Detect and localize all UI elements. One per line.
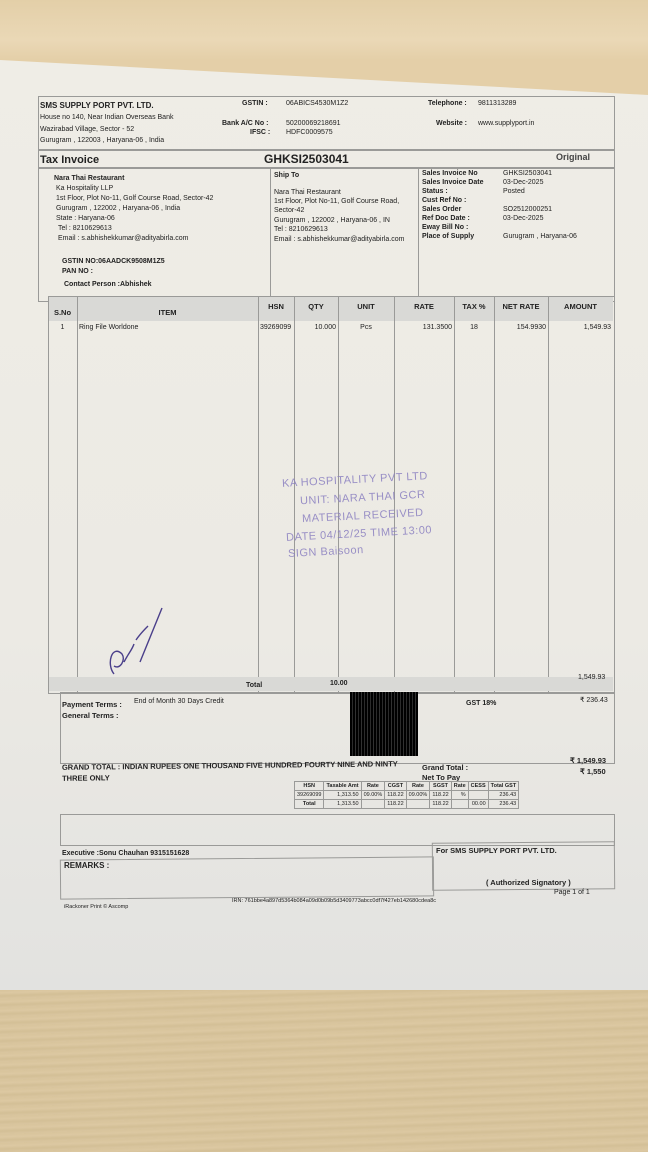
meta-value: Gurugram , Haryana-06 bbox=[503, 233, 577, 240]
column-header: QTY bbox=[294, 302, 338, 311]
gst-total-sgst: 118.22 bbox=[430, 800, 451, 809]
gst-sgst: 118.22 bbox=[430, 791, 451, 800]
gst-total: 236.43 bbox=[488, 791, 519, 800]
irn: IRN: 761bbe4a897d5364b084a09d0b09b5d3409… bbox=[232, 898, 436, 904]
seller-ifsc: HDFC0009575 bbox=[286, 129, 333, 136]
seller-address-1: House no 140, Near Indian Overseas Bank bbox=[40, 114, 173, 121]
grand-total-label: Grand Total : bbox=[422, 763, 468, 772]
seller-address-3: Gurugram , 122003 , Haryana-06 , India bbox=[40, 137, 164, 144]
meta-value: Posted bbox=[503, 188, 525, 195]
gst-column-header: SGST bbox=[430, 782, 451, 791]
seller-name: SMS SUPPLY PORT PVT. LTD. bbox=[40, 101, 154, 110]
bill-to-line: Tel : 8210629613 bbox=[58, 225, 112, 232]
meta-value: SO2512000251 bbox=[503, 206, 552, 213]
gst-total-cgst: 118.22 bbox=[385, 800, 406, 809]
remarks-box bbox=[60, 856, 434, 899]
gst-column-header: Total GST bbox=[488, 782, 519, 791]
gst-column-header: Rate bbox=[451, 782, 468, 791]
gst-breakup-table: HSNTaxable AmtRateCGSTRateSGSTRateCESSTo… bbox=[294, 781, 519, 809]
general-terms-label: General Terms : bbox=[62, 711, 119, 720]
gst-cess bbox=[468, 791, 488, 800]
column-header: RATE bbox=[394, 302, 454, 311]
desk-surface bbox=[0, 990, 648, 1152]
item-cell-net_rate: 154.9930 bbox=[496, 324, 546, 331]
ship-to-line: Tel : 8210629613 bbox=[274, 226, 328, 233]
amount-in-words: GRAND TOTAL : INDIAN RUPEES ONE THOUSAND… bbox=[62, 758, 412, 784]
bill-to-line: State : Haryana-06 bbox=[56, 215, 115, 222]
items-total-amount: 1,549.93 bbox=[578, 674, 605, 681]
gst-cgst-rate: 09.00% bbox=[361, 791, 385, 800]
gst-amount: ₹ 236.43 bbox=[580, 696, 608, 704]
payment-terms-label: Payment Terms : bbox=[62, 700, 122, 709]
gstin-label: GSTIN : bbox=[242, 100, 268, 107]
bill-to-line: Ka Hospitality LLP bbox=[56, 185, 113, 192]
gst-hsn: 39269099 bbox=[295, 791, 324, 800]
column-header: S.No bbox=[48, 308, 77, 317]
seller-gstin: 06ABICS4530M1Z2 bbox=[286, 100, 348, 107]
ship-to-label: Ship To bbox=[274, 172, 299, 179]
column-header: UNIT bbox=[338, 302, 394, 311]
ifsc-label: IFSC : bbox=[250, 129, 270, 136]
item-cell-hsn: 39269099 bbox=[260, 324, 292, 331]
gst-column-header: Taxable Amt bbox=[324, 782, 361, 791]
bill-to-pan: PAN NO : bbox=[62, 268, 93, 275]
seller-address-2: Wazirabad Village, Sector - 52 bbox=[40, 126, 134, 133]
website-label: Website : bbox=[436, 120, 467, 127]
payment-terms: End of Month 30 Days Credit bbox=[134, 698, 224, 705]
grand-total: ₹ 1,549.93 bbox=[570, 756, 606, 765]
meta-label: Sales Invoice Date bbox=[422, 179, 483, 186]
item-cell-rate: 131.3500 bbox=[396, 324, 452, 331]
meta-label: Cust Ref No : bbox=[422, 197, 466, 204]
remarks-label: REMARKS : bbox=[64, 861, 109, 870]
gst-sgst-rate: 09.00% bbox=[406, 791, 430, 800]
gst-total-taxable: 1,313.50 bbox=[324, 800, 361, 809]
invoice-number: GHKSI2503041 bbox=[264, 152, 349, 166]
item-cell-qty: 10.000 bbox=[296, 324, 336, 331]
qr-code bbox=[350, 692, 418, 756]
item-cell-amount: 1,549.93 bbox=[550, 324, 611, 331]
column-header: ITEM bbox=[77, 308, 258, 317]
bill-to-gstin: GSTIN NO:06AADCK9508M1Z5 bbox=[62, 258, 165, 265]
contact-person: Contact Person :Abhishek bbox=[64, 281, 152, 288]
for-company: For SMS SUPPLY PORT PVT. LTD. bbox=[436, 846, 557, 855]
item-cell-sno: 1 bbox=[50, 324, 75, 331]
print-credit: iRackoner Print © Ascomp bbox=[64, 904, 128, 910]
ship-to-line: Email : s.abhishekkumar@adityabirla.com bbox=[274, 236, 404, 243]
gst-label: GST 18% bbox=[466, 700, 496, 707]
item-cell-tax: 18 bbox=[456, 324, 492, 331]
meta-label: Sales Order bbox=[422, 206, 461, 213]
seller-telephone: 9811313289 bbox=[478, 100, 516, 107]
executive: Executive :Sonu Chauhan 9315151628 bbox=[62, 850, 189, 857]
bill-to-line: Email : s.abhishekkumar@adityabirla.com bbox=[58, 235, 188, 242]
meta-label: Sales Invoice No bbox=[422, 170, 478, 177]
gst-total-label: Total bbox=[295, 800, 324, 809]
column-header: NET RATE bbox=[494, 302, 548, 311]
gst-column-header: CESS bbox=[468, 782, 488, 791]
column-header: HSN bbox=[258, 302, 294, 311]
bank-label: Bank A/C No : bbox=[222, 120, 268, 127]
seller-website: www.supplyport.in bbox=[478, 120, 534, 127]
meta-value: 03-Dec-2025 bbox=[503, 215, 543, 222]
bill-to-line: Gurugram , 122002 , Haryana-06 , India bbox=[56, 205, 180, 212]
meta-label: Eway Bill No : bbox=[422, 224, 468, 231]
ship-to-line: Sector-42 bbox=[274, 207, 304, 214]
items-total-label: Total bbox=[246, 682, 262, 689]
gst-column-header: Rate bbox=[406, 782, 430, 791]
item-cell-unit: Pcs bbox=[340, 324, 392, 331]
ship-to-line: Gurugram , 122002 , Haryana-06 , IN bbox=[274, 217, 390, 224]
gst-total-amount: 236.43 bbox=[488, 800, 519, 809]
authorized-signatory: ( Authorized Signatory ) bbox=[486, 878, 571, 887]
column-header: TAX % bbox=[454, 302, 494, 311]
telephone-label: Telephone : bbox=[428, 100, 467, 107]
seller-bank: 50200069218691 bbox=[286, 120, 341, 127]
page-number: Page 1 of 1 bbox=[554, 889, 590, 896]
gst-total-cess: 00.00 bbox=[468, 800, 488, 809]
meta-value: 03-Dec-2025 bbox=[503, 179, 543, 186]
ship-to-line: 1st Floor, Plot No-11, Golf Course Road, bbox=[274, 198, 399, 205]
bill-to-name: Nara Thai Restaurant bbox=[54, 175, 124, 182]
item-cell-item: Ring File Worldone bbox=[79, 324, 256, 331]
meta-label: Status : bbox=[422, 188, 448, 195]
ship-to-line: Nara Thai Restaurant bbox=[274, 189, 341, 196]
gst-cess-rate: % bbox=[451, 791, 468, 800]
gst-column-header: CGST bbox=[385, 782, 406, 791]
meta-label: Place of Supply bbox=[422, 233, 474, 240]
gst-column-header: HSN bbox=[295, 782, 324, 791]
gst-column-header: Rate bbox=[361, 782, 385, 791]
invoice-title: Tax Invoice bbox=[40, 154, 99, 166]
bill-to-line: 1st Floor, Plot No-11, Golf Course Road,… bbox=[56, 195, 213, 202]
handwritten-signature bbox=[104, 604, 184, 684]
meta-value: GHKSI2503041 bbox=[503, 170, 552, 177]
net-to-pay: ₹ 1,550 bbox=[580, 767, 606, 776]
items-total-qty: 10.00 bbox=[330, 680, 348, 687]
invoice-copy-label: Original bbox=[556, 152, 590, 162]
gst-cgst: 118.22 bbox=[385, 791, 406, 800]
column-header: AMOUNT bbox=[548, 302, 613, 311]
gst-taxable: 1,313.50 bbox=[324, 791, 361, 800]
meta-label: Ref Doc Date : bbox=[422, 215, 470, 222]
